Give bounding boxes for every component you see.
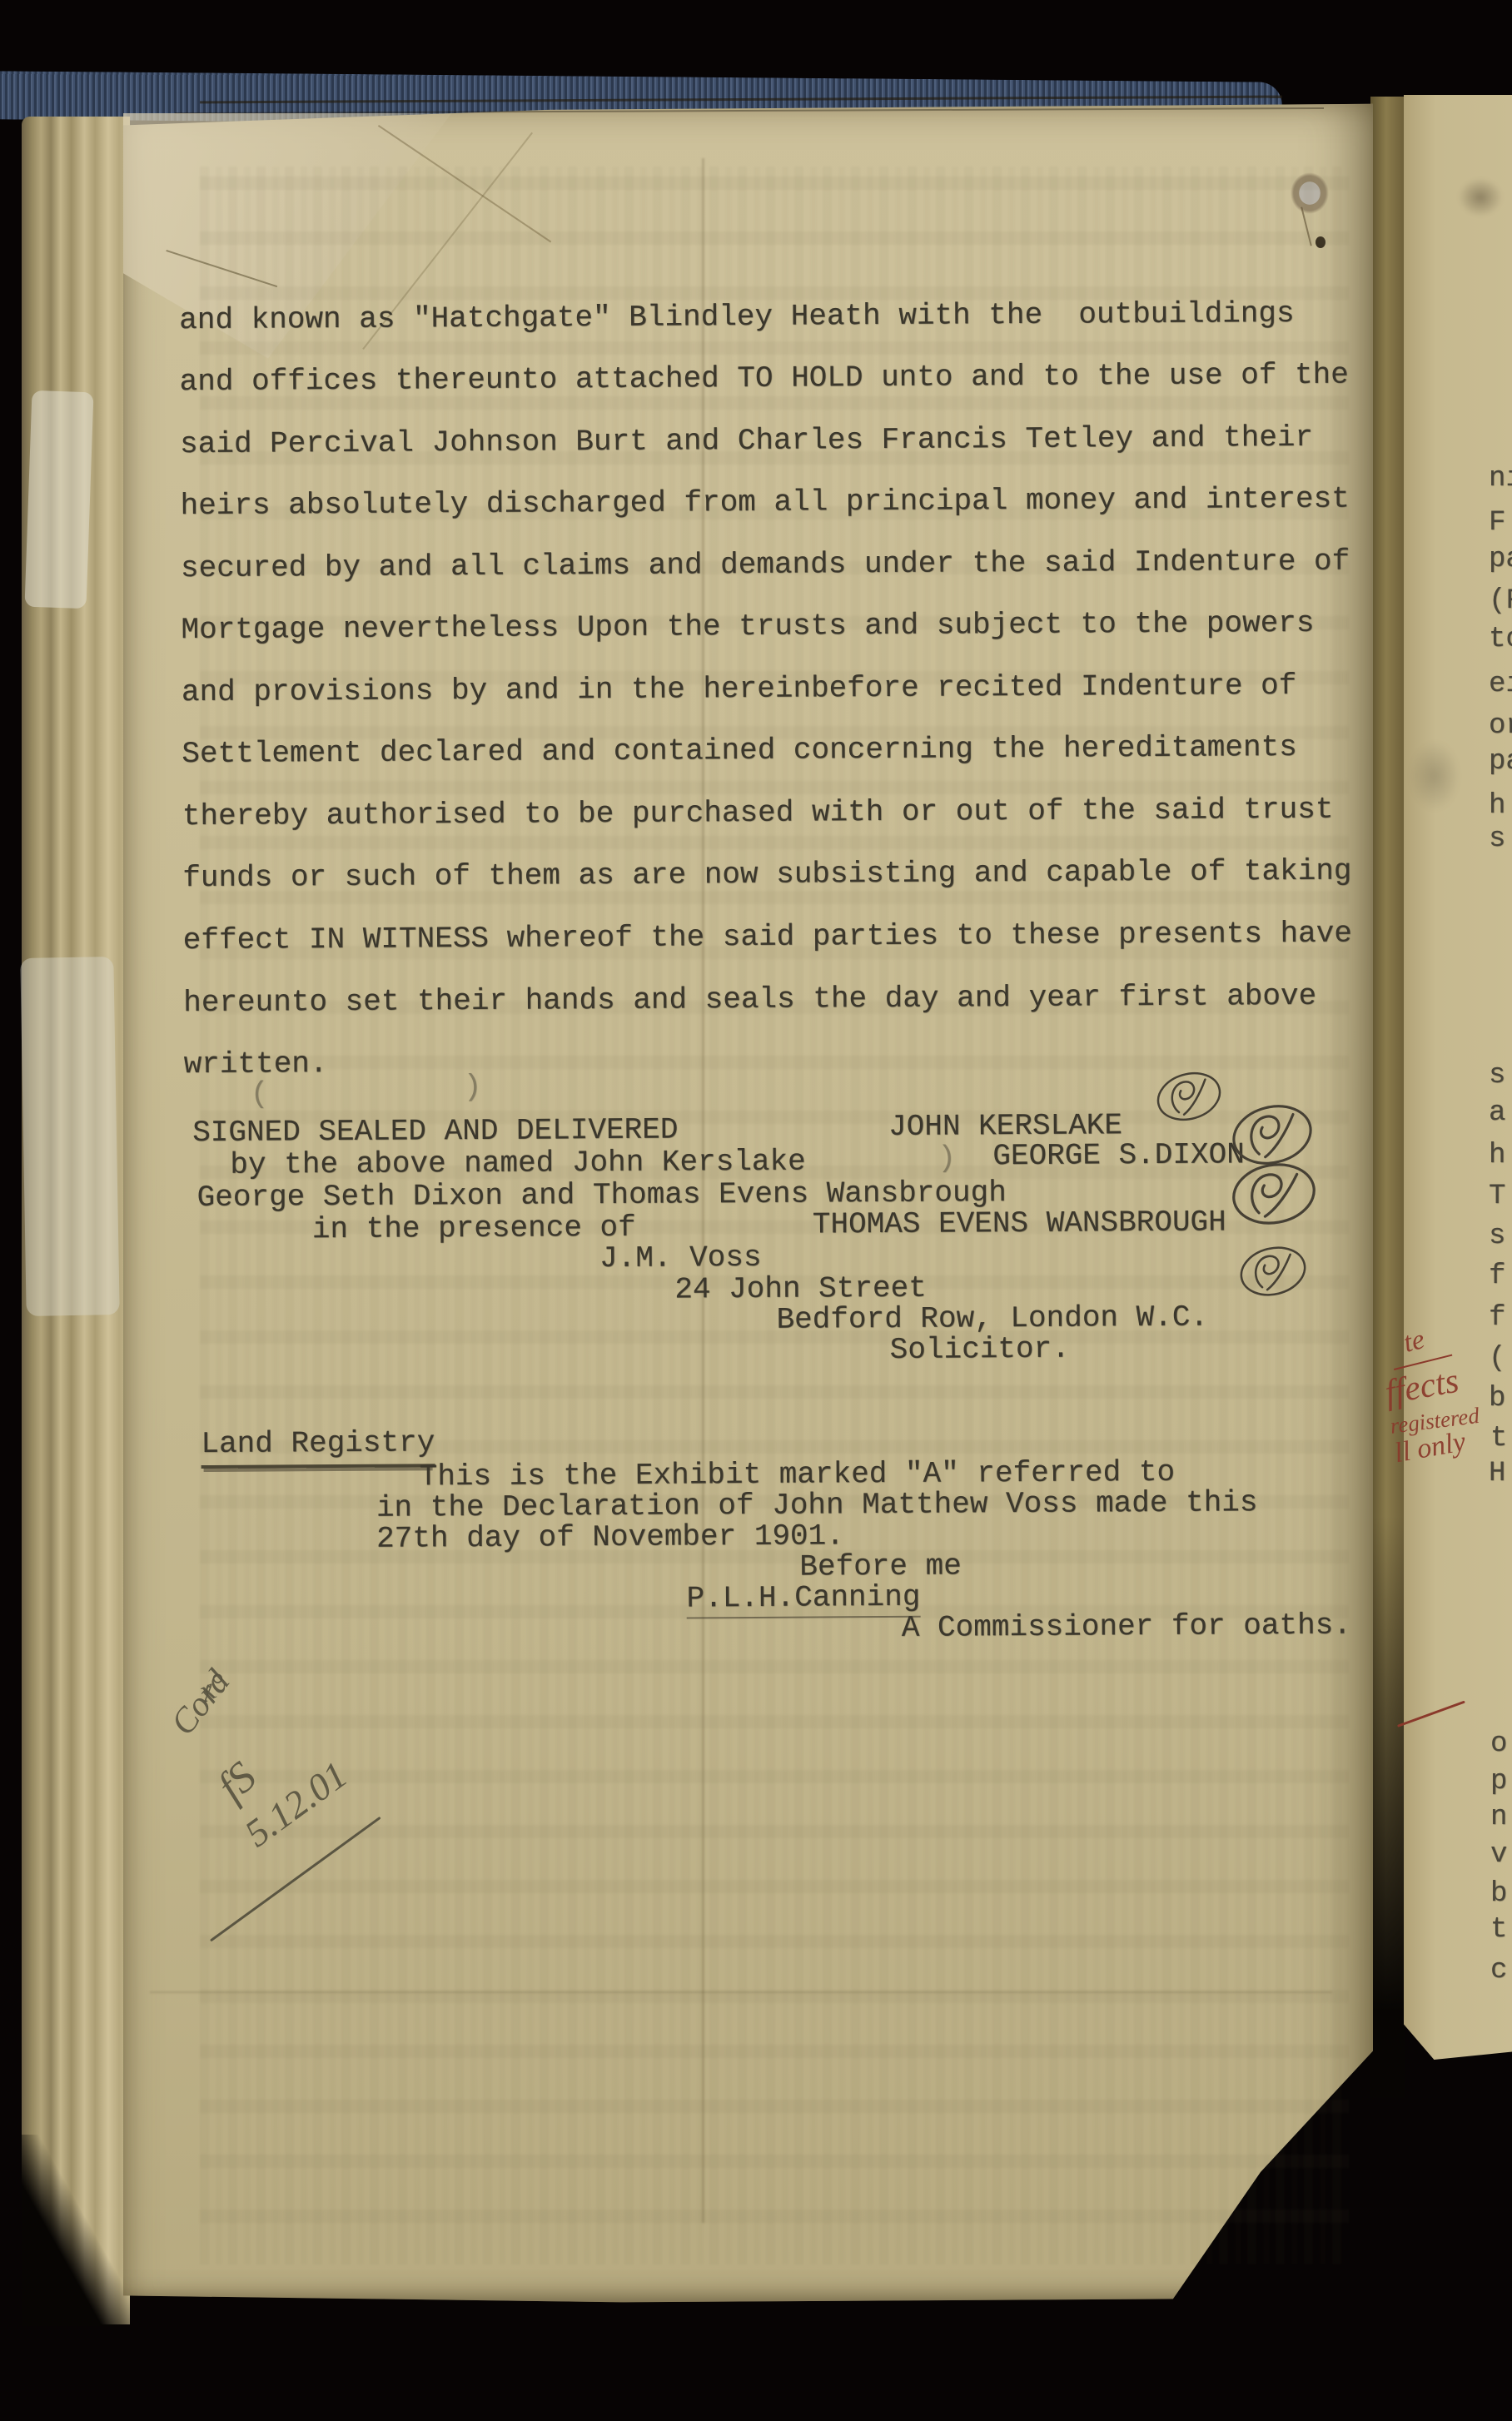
bleed-through-texture	[200, 167, 1349, 2264]
smudge	[1399, 726, 1470, 826]
page-stack-edges	[22, 117, 130, 2324]
next-page-edge	[1404, 95, 1512, 2060]
scanned-document-photo: and known as "Hatchgate" Blindley Heath …	[0, 0, 1512, 2421]
smudge	[1449, 170, 1512, 225]
tape-fragment	[20, 957, 119, 1316]
book-gutter	[1370, 97, 1405, 2098]
tape-fragment	[24, 390, 93, 609]
